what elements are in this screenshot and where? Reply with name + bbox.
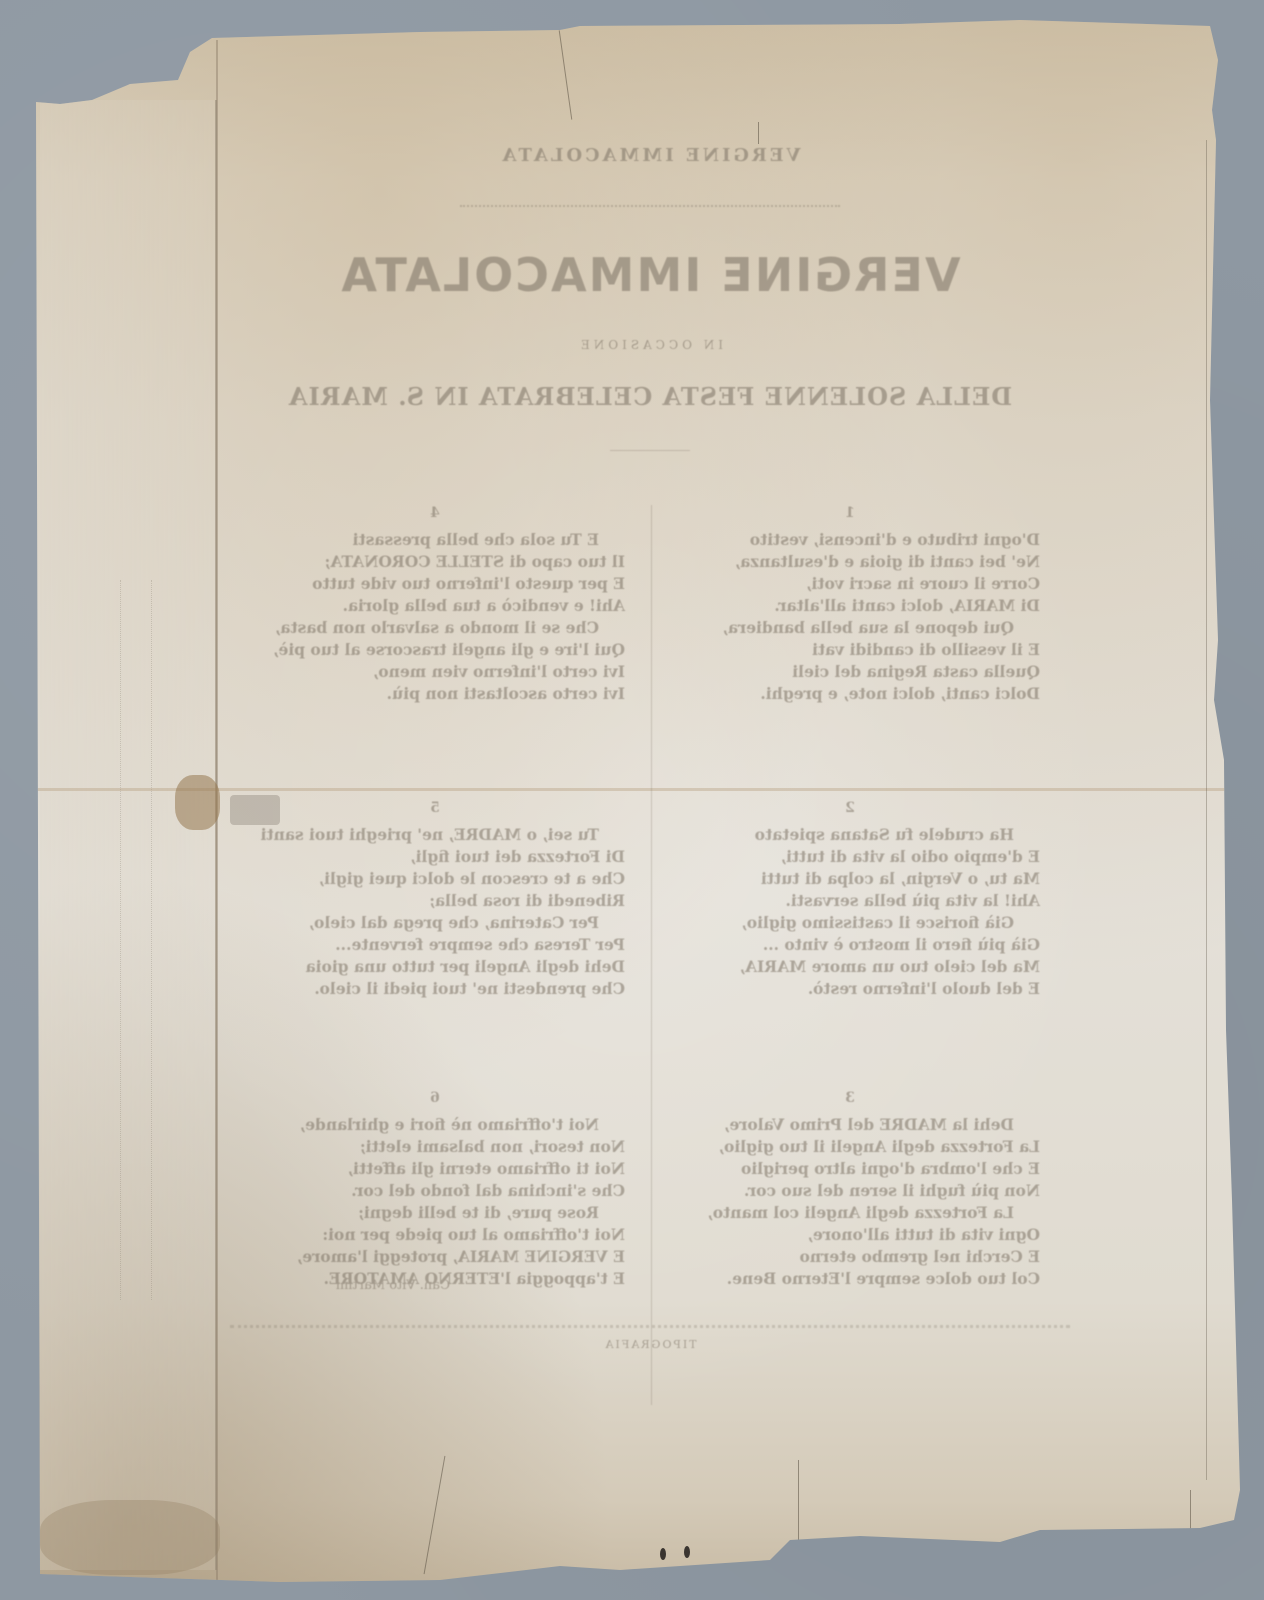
stanza-number: 5 bbox=[245, 800, 625, 824]
verse-line: Qui l'ire e gli angeli trascorse al tuo … bbox=[245, 639, 625, 661]
water-stain bbox=[40, 1500, 220, 1575]
stanza-number: 3 bbox=[660, 1090, 1040, 1114]
verse-line: Noi ti offriamo eterni gli affetti, bbox=[245, 1158, 625, 1180]
page-title: VERGINE IMMACOLATA bbox=[220, 248, 1080, 302]
verse-line: E per questo l'inferno tuo vide tutto bbox=[245, 573, 625, 595]
verse-line: E il vessillo di candidi vati bbox=[660, 639, 1040, 661]
verse-line: Ivi certo ascoltasti non più. bbox=[245, 683, 625, 705]
header-dedication: DELLA SOLENNE FESTA CELEBRATA IN S. MARI… bbox=[220, 382, 1080, 411]
author-signature: Can. Vito Martini bbox=[336, 1278, 450, 1293]
paper-sheet: VERGINE IMMACOLATA VERGINE IMMACOLATA IN… bbox=[0, 0, 1264, 1600]
verse-line: Noi t'offriamo al tuo piede per noi: bbox=[245, 1224, 625, 1246]
header-subtitle: IN OCCASIONE bbox=[220, 338, 1080, 352]
verse-line: Tu sei, o MADRE, ne' prieghi tuoi santi bbox=[245, 824, 625, 846]
verse-line: Ne' bei canti di gioia e d'esultanza, bbox=[660, 551, 1040, 573]
verse-line: Col tuo dolce sempre l'Eterno Bene. bbox=[660, 1268, 1040, 1290]
header-rule bbox=[610, 450, 690, 451]
stanza: 4 E Tu sola che bella pressasti Il tuo c… bbox=[245, 505, 625, 705]
stanza: 1 D'ogni tributo e d'incensi, vestito Ne… bbox=[660, 505, 1040, 705]
verse-line: D'ogni tributo e d'incensi, vestito bbox=[660, 529, 1040, 551]
right-edge-crease bbox=[1206, 140, 1207, 1480]
verse-line: Rose pure, di te belli degni; bbox=[245, 1202, 625, 1224]
verse-line: Noi t'offriamo nè fiori e ghirlande, bbox=[245, 1114, 625, 1136]
stanza-number: 2 bbox=[660, 800, 1040, 824]
stanza: 6 Noi t'offriamo nè fiori e ghirlande, N… bbox=[245, 1090, 625, 1290]
pin-hole bbox=[660, 1548, 666, 1560]
stanza: 3 Dehi la MADRE del Primo Valore, La For… bbox=[660, 1090, 1040, 1290]
verse-line: Ha crudele fu Satana spietato bbox=[660, 824, 1040, 846]
verse-line: Quella casta Regina del cieli bbox=[660, 661, 1040, 683]
verse-line: E VERGINE MARIA, proteggi l'amore, bbox=[245, 1246, 625, 1268]
verse-line: Già fiorisce il castissimo giglio, bbox=[660, 912, 1040, 934]
water-stain bbox=[175, 775, 220, 830]
verse-line: Ivi certo l'inferno vien meno, bbox=[245, 661, 625, 683]
verse-line: E Tu sola che bella pressasti bbox=[245, 529, 625, 551]
verse-line: La Fortezza degli Angeli il tuo giglio, bbox=[660, 1136, 1040, 1158]
stanza-number: 4 bbox=[245, 505, 625, 529]
header-top-line: VERGINE IMMACOLATA bbox=[220, 145, 1080, 166]
margin-ornament-border bbox=[120, 580, 152, 1300]
verse-line: Ogni vita di tutti all'onore, bbox=[660, 1224, 1040, 1246]
verse-line: Per Teresa che sempre fervente... bbox=[245, 934, 625, 956]
verse-line: Non tesori, non balsami eletti; bbox=[245, 1136, 625, 1158]
verse-line: Già più fiero il mostro è vinto ... bbox=[660, 934, 1040, 956]
stanza-number: 1 bbox=[660, 505, 1040, 529]
verse-line: Per Caterina, che prega dal cielo, bbox=[245, 912, 625, 934]
verse-line: Che prendesti ne' tuoi piedi il cielo. bbox=[245, 978, 625, 1000]
verse-line: Dolci canti, dolci note, e preghi. bbox=[660, 683, 1040, 705]
verse-line: Dehi la MADRE del Primo Valore, bbox=[660, 1114, 1040, 1136]
verse-line: La Fortezza degli Angeli col manto, bbox=[660, 1202, 1040, 1224]
verse-line: Ahi! la vita più bella servasti. bbox=[660, 890, 1040, 912]
verse-line: E del duolo l'inferno restò. bbox=[660, 978, 1040, 1000]
verse-line: Qui depone la sua bella bandiera, bbox=[660, 617, 1040, 639]
verse-line: E d'empio odio la vita di tutti, bbox=[660, 846, 1040, 868]
pin-hole bbox=[684, 1546, 690, 1558]
verse-line: Che a te crescon le dolci quei gigli, bbox=[245, 868, 625, 890]
verse-line: Ahi! e vendicò a tua bella gloria. bbox=[245, 595, 625, 617]
stanza-number: 6 bbox=[245, 1090, 625, 1114]
stanza: 2 Ha crudele fu Satana spietato E d'empi… bbox=[660, 800, 1040, 1000]
stanza: 5 Tu sei, o MADRE, ne' prieghi tuoi sant… bbox=[245, 800, 625, 1000]
header-dotted-rule bbox=[460, 205, 840, 207]
column-divider bbox=[651, 505, 652, 1405]
verse-line: E Cerchi nel grembo eterno bbox=[660, 1246, 1040, 1268]
verse-line: Ma del cielo tuo un amore MARIA, bbox=[660, 956, 1040, 978]
verse-line: E che l'ombra d'ogni altro periglio bbox=[660, 1158, 1040, 1180]
verse-line: Non più fughi il seren del suo cor. bbox=[660, 1180, 1040, 1202]
footer-dotted-rule bbox=[230, 1325, 1070, 1328]
verse-line: Dehi degli Angeli per tutto una gioia bbox=[245, 956, 625, 978]
verse-line: Il tuo capo di STELLE CORONATA; bbox=[245, 551, 625, 573]
mirrored-print-area: VERGINE IMMACOLATA VERGINE IMMACOLATA IN… bbox=[220, 100, 1080, 1520]
verse-line: Che s'inchina dal fondo del cor. bbox=[245, 1180, 625, 1202]
verse-line: Ma tu, o Vergin, la colpa di tutti bbox=[660, 868, 1040, 890]
verse-line: Che se il mondo a salvarlo non basta, bbox=[245, 617, 625, 639]
verse-line: Ribenedi di rosa bella; bbox=[245, 890, 625, 912]
verse-line: Corre il cuore in sacri voti, bbox=[660, 573, 1040, 595]
printer-footer: TIPOGRAFIA bbox=[220, 1338, 1080, 1351]
verse-line: Di Fortezza dei tuoi figli, bbox=[245, 846, 625, 868]
verse-line: Di MARIA, dolci canti all'altar. bbox=[660, 595, 1040, 617]
